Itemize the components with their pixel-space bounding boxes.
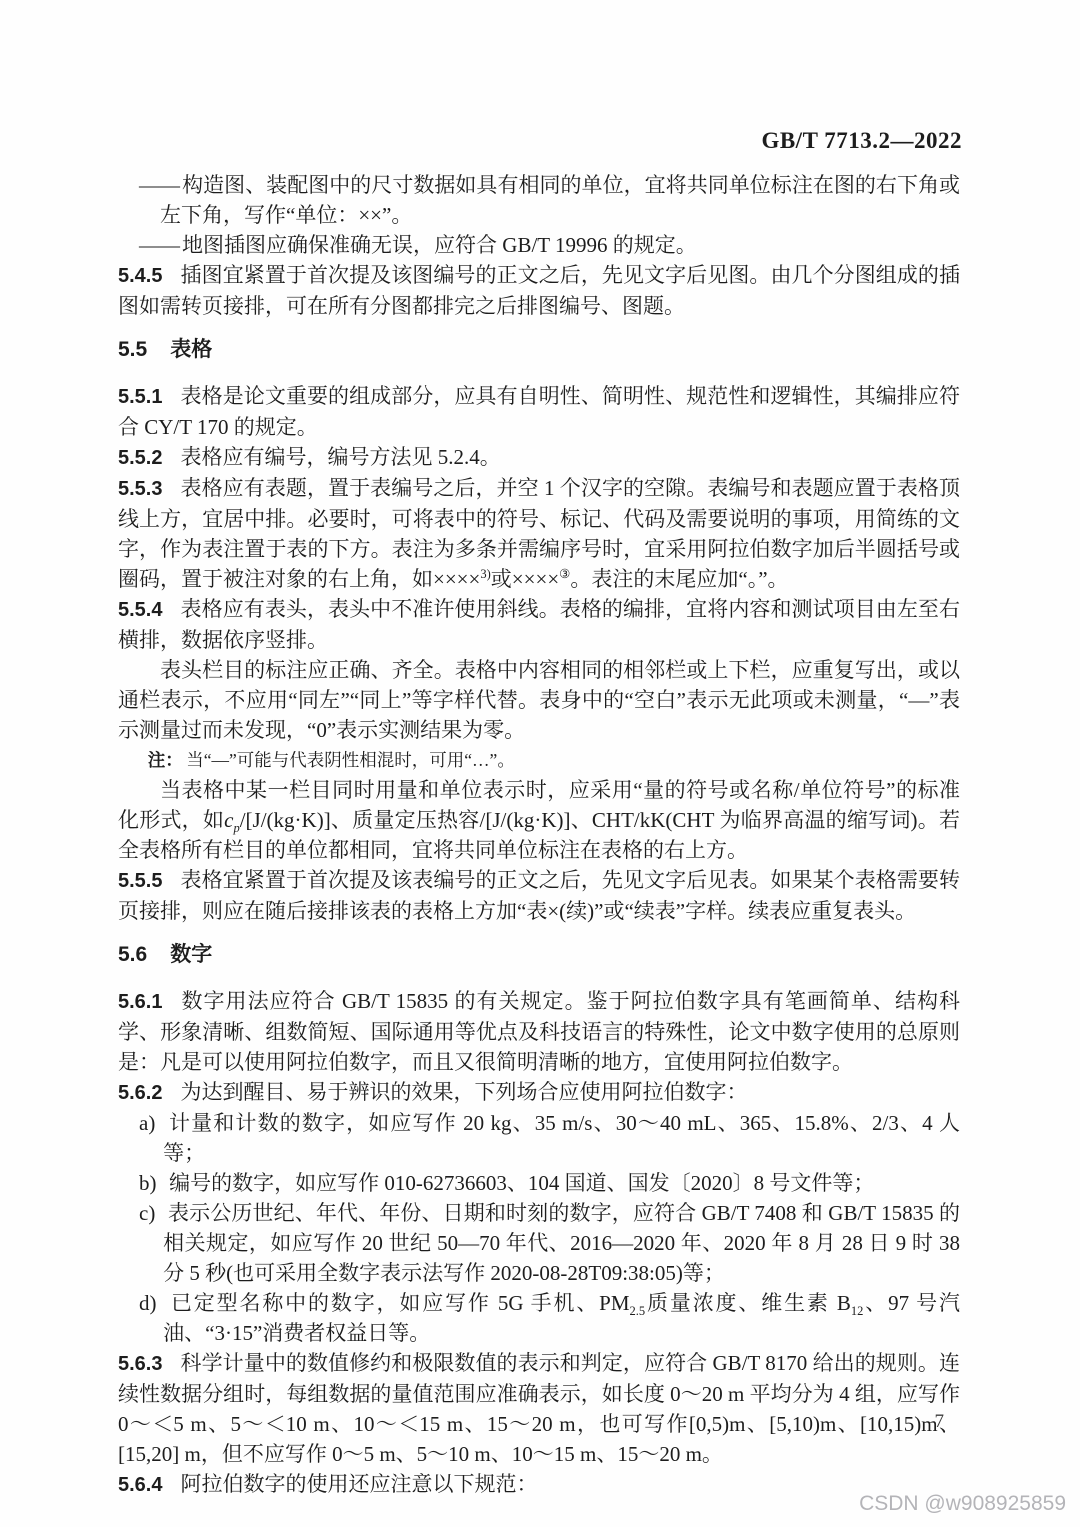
dash-marker: —— bbox=[139, 173, 179, 197]
circled-number-superscript: ③ bbox=[559, 567, 570, 581]
list-item-d: d)已定型名称中的数字，如应写作 5G 手机、PM2.5质量浓度、维生素 B12… bbox=[118, 1288, 960, 1348]
clause-number: 5.5.5 bbox=[118, 870, 162, 892]
list-item-label: a) bbox=[139, 1111, 155, 1135]
clause-5-6-3: 5.6.3科学计量中的数值修约和极限数值的表示和判定，应符合 GB/T 8170… bbox=[118, 1348, 960, 1469]
clause-text: 表格宜紧置于首次提及该表编号的正文之后，先见文字后见表。如果某个表格需要转页接排… bbox=[118, 868, 960, 923]
paragraph-quantity-unit: 当表格中某一栏目同时用量和单位表示时，应采用“量的符号或名称/单位符号”的标准化… bbox=[118, 775, 960, 865]
paragraph-text: /[J/(kg·K)]、质量定压热容/[J/(kg·K)]、CHT/kK(CHT… bbox=[118, 808, 960, 862]
document-page: GB/T 7713.2—2022 ——构造图、装配图中的尺寸数据如具有相同的单位… bbox=[0, 0, 1080, 1527]
clause-5-5-1: 5.5.1表格是论文重要的组成部分，应具有自明性、简明性、规范性和逻辑性，其编排… bbox=[118, 381, 960, 442]
clause-number: 5.4.5 bbox=[118, 265, 162, 287]
dash-item-text: 构造图、装配图中的尺寸数据如具有相同的单位，宜将共同单位标注在图的右下角或左下角… bbox=[160, 173, 960, 227]
clause-5-6-4: 5.6.4阿拉伯数字的使用还应注意以下规范： bbox=[118, 1469, 960, 1500]
clause-text: 插图宜紧置于首次提及该图编号的正文之后，先见文字后见图。由几个分图组成的插图如需… bbox=[118, 263, 960, 318]
standard-code-header: GB/T 7713.2—2022 bbox=[761, 126, 962, 156]
dash-item-text: 地图插图应确保准确无误，应符合 GB/T 19996 的规定。 bbox=[182, 233, 697, 257]
clause-number: 5.6.2 bbox=[118, 1082, 162, 1104]
list-item-text: 质量浓度、维生素 B bbox=[645, 1291, 851, 1315]
list-item-label: b) bbox=[139, 1171, 157, 1195]
pm25-subscript: 2.5 bbox=[630, 1304, 646, 1318]
clause-number: 5.5.1 bbox=[118, 386, 162, 408]
clause-text: 或×××× bbox=[491, 567, 559, 591]
note-text: 当“—”可能与代表阴性相混时，可用“…”。 bbox=[186, 750, 515, 770]
clause-5-4-5: 5.4.5插图宜紧置于首次提及该图编号的正文之后，先见文字后见图。由几个分图组成… bbox=[118, 260, 960, 321]
clause-5-5-5: 5.5.5表格宜紧置于首次提及该表编号的正文之后，先见文字后见表。如果某个表格需… bbox=[118, 865, 960, 926]
clause-5-5-4: 5.5.4表格应有表头，表头中不准许使用斜线。表格的编排，宜将内容和测试项目由左… bbox=[118, 594, 960, 655]
heading-title: 表格 bbox=[170, 338, 212, 361]
clause-text: 表格应有表头，表头中不准许使用斜线。表格的编排，宜将内容和测试项目由左至右横排，… bbox=[118, 597, 960, 652]
clause-number: 5.5.2 bbox=[118, 447, 162, 469]
heading-number: 5.5 bbox=[118, 338, 147, 361]
dash-marker: —— bbox=[139, 233, 179, 257]
b12-subscript: 12 bbox=[851, 1304, 864, 1318]
list-item-label: d) bbox=[139, 1291, 157, 1315]
page-number: 7 bbox=[935, 1407, 945, 1437]
list-item-c: c)表示公历世纪、年代、年份、日期和时刻的数字，应符合 GB/T 7408 和 … bbox=[118, 1198, 960, 1288]
csdn-watermark: CSDN @w908925859 bbox=[859, 1489, 1066, 1519]
list-item-text: 计量和计数的数字，如应写作 20 kg、35 m/s、30～40 mL、365、… bbox=[163, 1111, 960, 1165]
clause-number: 5.6.1 bbox=[118, 991, 162, 1013]
heading-title: 数字 bbox=[170, 943, 212, 966]
footnote-superscript: 3) bbox=[480, 567, 490, 581]
list-item-text: 编号的数字，如应写作 010-62736603、104 国道、国发〔2020〕8… bbox=[169, 1171, 874, 1195]
clause-text: 。表注的末尾应加“。”。 bbox=[570, 567, 788, 591]
clause-5-5-3: 5.5.3表格应有表题，置于表编号之后，并空 1 个汉字的空隙。表编号和表题应置… bbox=[118, 473, 960, 594]
list-item-label: c) bbox=[139, 1201, 155, 1225]
clause-number: 5.5.4 bbox=[118, 599, 162, 621]
clause-number: 5.6.3 bbox=[118, 1353, 162, 1375]
clause-text: 阿拉伯数字的使用还应注意以下规范： bbox=[180, 1472, 537, 1496]
clause-5-6-2: 5.6.2为达到醒目、易于辨识的效果，下列场合应使用阿拉伯数字： bbox=[118, 1077, 960, 1108]
heading-5-5: 5.5表格 bbox=[118, 335, 960, 365]
clause-number: 5.6.4 bbox=[118, 1474, 162, 1496]
page-content: ——构造图、装配图中的尺寸数据如具有相同的单位，宜将共同单位标注在图的右下角或左… bbox=[118, 170, 960, 1500]
paragraph-table-header-columns: 表头栏目的标注应正确、齐全。表格中内容相同的相邻栏或上下栏，应重复写出，或以通栏… bbox=[118, 655, 960, 745]
clause-text: 表格是论文重要的组成部分，应具有自明性、简明性、规范性和逻辑性，其编排应符合 C… bbox=[118, 384, 960, 439]
note-paragraph: 注：当“—”可能与代表阴性相混时，可用“…”。 bbox=[148, 747, 960, 773]
dash-list-item: ——构造图、装配图中的尺寸数据如具有相同的单位，宜将共同单位标注在图的右下角或左… bbox=[118, 170, 960, 230]
list-item-text: 已定型名称中的数字，如应写作 5G 手机、PM bbox=[169, 1291, 629, 1315]
clause-5-5-2: 5.5.2表格应有编号，编号方法见 5.2.4。 bbox=[118, 442, 960, 473]
clause-text: 科学计量中的数值修约和极限数值的表示和判定，应符合 GB/T 8170 给出的规… bbox=[118, 1351, 960, 1466]
clause-5-6-1: 5.6.1数字用法应符合 GB/T 15835 的有关规定。鉴于阿拉伯数字具有笔… bbox=[118, 986, 960, 1077]
list-item-b: b)编号的数字，如应写作 010-62736603、104 国道、国发〔2020… bbox=[118, 1168, 960, 1198]
clause-text: 数字用法应符合 GB/T 15835 的有关规定。鉴于阿拉伯数字具有笔画简单、结… bbox=[118, 989, 960, 1074]
note-label: 注： bbox=[148, 750, 183, 770]
clause-text: 表格应有编号，编号方法见 5.2.4。 bbox=[180, 445, 500, 469]
heading-number: 5.6 bbox=[118, 943, 147, 966]
heading-5-6: 5.6数字 bbox=[118, 940, 960, 970]
list-item-a: a)计量和计数的数字，如应写作 20 kg、35 m/s、30～40 mL、36… bbox=[118, 1108, 960, 1168]
dash-list-item: ——地图插图应确保准确无误，应符合 GB/T 19996 的规定。 bbox=[118, 230, 960, 260]
list-item-text: 表示公历世纪、年代、年份、日期和时刻的数字，应符合 GB/T 7408 和 GB… bbox=[163, 1201, 960, 1285]
clause-text: 为达到醒目、易于辨识的效果，下列场合应使用阿拉伯数字： bbox=[180, 1080, 747, 1104]
clause-number: 5.5.3 bbox=[118, 478, 162, 500]
